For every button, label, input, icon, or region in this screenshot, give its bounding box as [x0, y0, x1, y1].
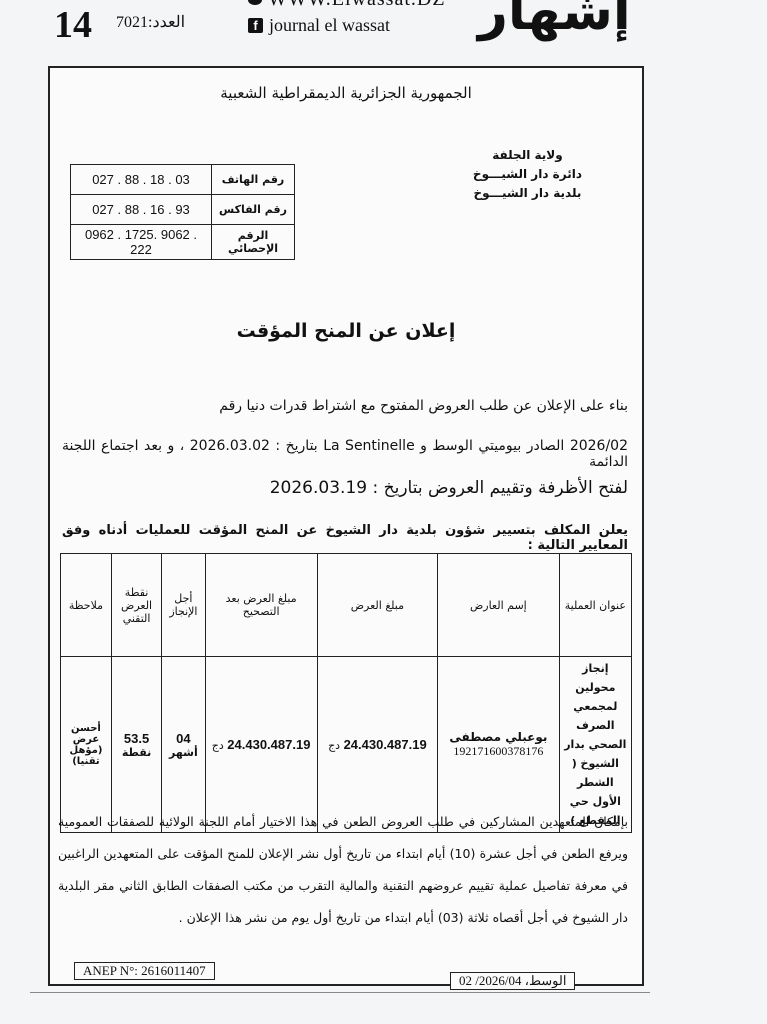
commune: بلدية دار الشيـــوخ — [473, 184, 582, 203]
table-row: 0962 . 1725. 9062 . 222 الرقم الإحصائي — [71, 225, 295, 260]
website-url: WWW.Elwassat.DZ — [268, 0, 446, 10]
notice-frame: الجمهورية الجزائرية الديمقراطية الشعبية … — [48, 66, 644, 986]
wilaya: ولاية الجلفة — [473, 146, 582, 165]
fax-label: رقم الفاكس — [212, 195, 295, 225]
col-note: ملاحظة — [61, 554, 112, 657]
phone-value: 027 . 88 . 18 . 03 — [71, 165, 212, 195]
facebook-name: journal el wassat — [269, 15, 390, 36]
currency: دج — [328, 739, 340, 752]
phone-label: رقم الهاتف — [212, 165, 295, 195]
col-operation: عنوان العملية — [559, 554, 631, 657]
section-title: إشهار — [478, 0, 631, 42]
appeal-paragraph: بإمكان المتعهدين المشاركين في طلب العروض… — [58, 806, 628, 934]
page-number: 14 — [54, 4, 92, 46]
publication-date: الوسط، 2026/04/ 02 — [450, 972, 575, 990]
anep-number: ANEP N°: 2616011407 — [74, 962, 215, 980]
paragraph-1: بناء على الإعلان عن طلب العروض المفتوح م… — [62, 398, 628, 414]
website: WWW.Elwassat.DZ — [248, 0, 446, 11]
col-amount-corrected: مبلغ العرض بعد التصحيح — [205, 554, 317, 657]
issuing-authority: ولاية الجلفة دائرة دار الشيـــوخ بلدية د… — [473, 146, 582, 203]
amount-corrected-value: 24.430.487.19 — [227, 737, 310, 752]
tech-score-value: 53.5 — [124, 731, 149, 746]
col-bidder: إسم العارض — [438, 554, 560, 657]
notice-title: إعلان عن المنح المؤقت — [50, 320, 642, 342]
facebook-icon: f — [248, 18, 263, 33]
stat-id-value: 0962 . 1725. 9062 . 222 — [71, 225, 212, 260]
duration-value: 04 — [176, 731, 190, 746]
stat-id-label: الرقم الإحصائي — [212, 225, 295, 260]
bidder-id: 192171600378176 — [441, 744, 556, 759]
col-duration: أجل الإنجاز — [162, 554, 205, 657]
table-row: 027 . 88 . 16 . 93 رقم الفاكس — [71, 195, 295, 225]
table-header-row: عنوان العملية إسم العارض مبلغ العرض مبلغ… — [61, 554, 632, 657]
paragraph-4: يعلن المكلف بتسيير شؤون بلدية دار الشيوخ… — [62, 523, 628, 553]
fax-value: 027 . 88 . 16 . 93 — [71, 195, 212, 225]
facebook-page: fjournal el wassat — [248, 15, 390, 36]
globe-icon — [248, 0, 262, 5]
paragraph-2: 2026/02 الصادر بيوميتي الوسط و La Sentin… — [62, 438, 628, 470]
currency: دج — [212, 739, 224, 752]
daira: دائرة دار الشيـــوخ — [473, 165, 582, 184]
divider — [30, 992, 650, 993]
award-results-table: عنوان العملية إسم العارض مبلغ العرض مبلغ… — [60, 553, 632, 833]
paragraph-3: لفتح الأظرفة وتقييم العروض بتاريخ : 2026… — [62, 478, 628, 498]
issue-label: العدد: — [148, 14, 185, 31]
contact-table: 027 . 88 . 18 . 03 رقم الهاتف 027 . 88 .… — [70, 164, 295, 260]
tech-score-unit: نقطة — [115, 746, 158, 759]
duration-unit: أشهر — [165, 746, 201, 759]
amount-value: 24.430.487.19 — [344, 737, 427, 752]
newspaper-masthead: 14 العدد:7021 WWW.Elwassat.DZ fjournal e… — [0, 0, 767, 48]
col-amount: مبلغ العرض — [317, 554, 437, 657]
bidder-name: بوعبلي مصطفى — [441, 730, 556, 744]
issue-value: 7021 — [116, 14, 148, 31]
issue-number: العدد:7021 — [116, 12, 185, 32]
col-tech-score: نقطة العرض التقني — [111, 554, 161, 657]
republic-heading: الجمهورية الجزائرية الديمقراطية الشعبية — [50, 84, 642, 102]
table-row: 027 . 88 . 18 . 03 رقم الهاتف — [71, 165, 295, 195]
